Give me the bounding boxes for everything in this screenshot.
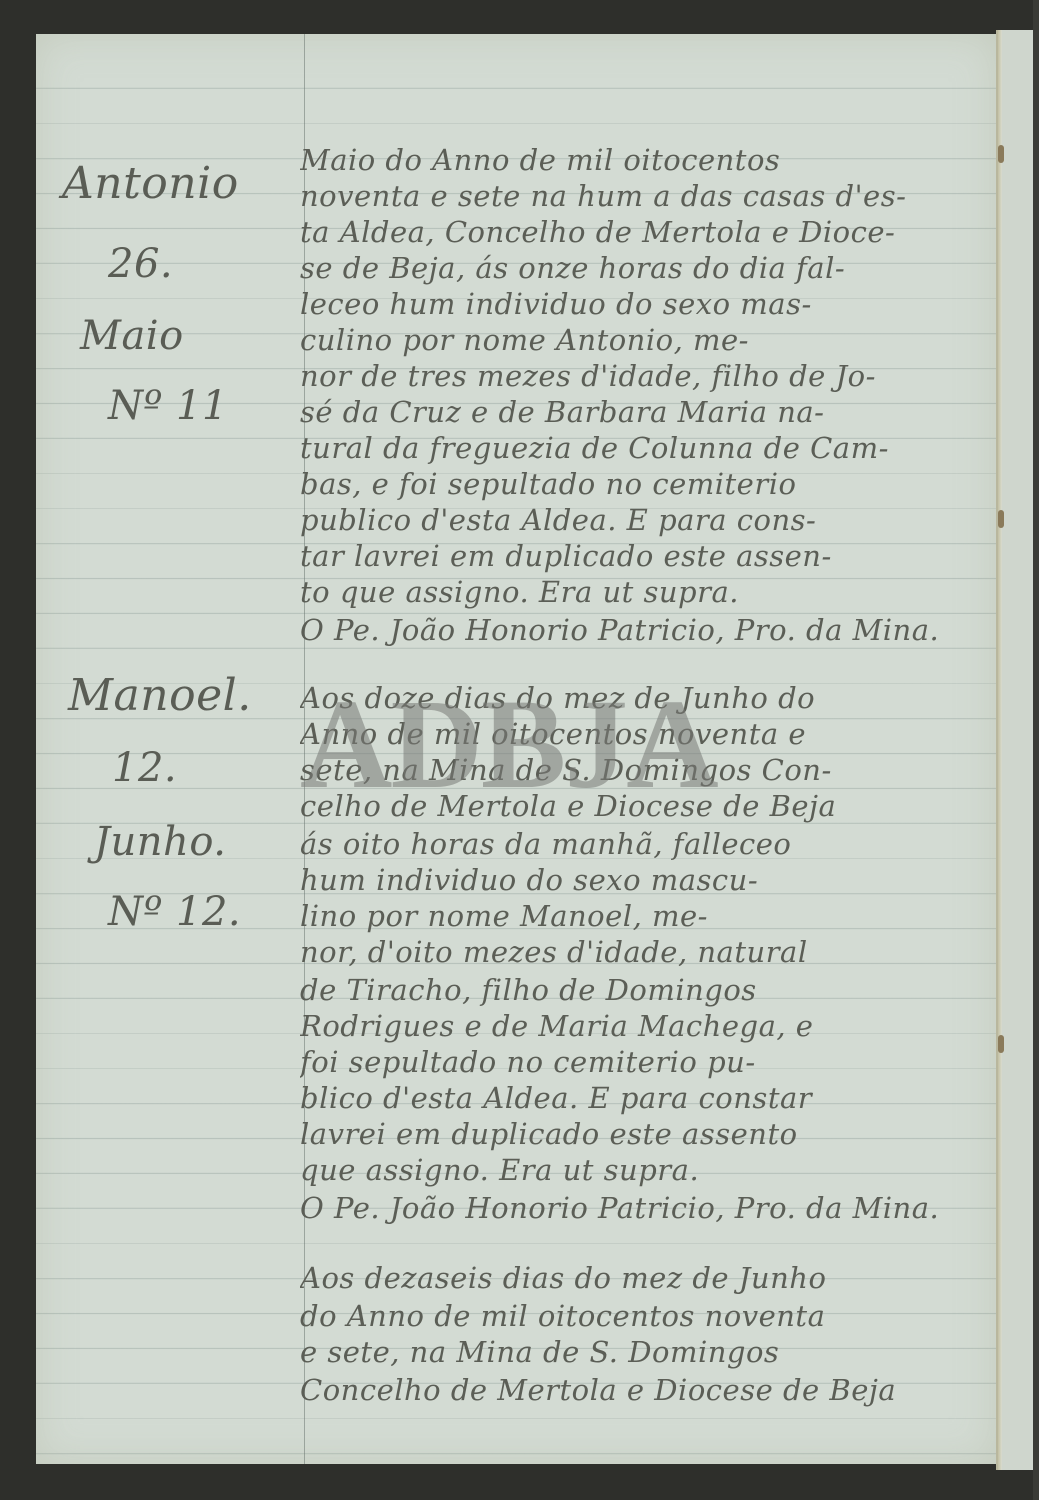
text-line: bas, e foi sepultado no cemiterio (300, 466, 990, 502)
priest-signature: O Pe. João Honorio Patricio, Pro. da Min… (300, 612, 990, 648)
text-line: blico d'esta Aldea. E para constar (300, 1080, 990, 1116)
text-line: sé da Cruz e de Barbara Maria na- (300, 394, 990, 430)
text-line: que assigno. Era ut supra. (300, 1152, 990, 1188)
text-line: tural da freguezia de Colunna de Cam- (300, 430, 990, 466)
text-line: lino por nome Manoel, me- (300, 898, 990, 934)
text-line: tar lavrei em duplicado este assen- (300, 538, 990, 574)
priest-signature: O Pe. João Honorio Patricio, Pro. da Min… (300, 1190, 990, 1226)
text-line: sete, na Mina de S. Domingos Con- (300, 752, 990, 788)
margin-name: Manoel. (68, 672, 252, 720)
margin-name: Antonio (62, 160, 239, 208)
text-line: Rodrigues e de Maria Machega, e (300, 1008, 990, 1044)
text-line: e sete, na Mina de S. Domingos (300, 1334, 990, 1370)
scan-right-edge (1033, 0, 1039, 1500)
text-line: ta Aldea, Concelho de Mertola e Dioce- (300, 214, 990, 250)
margin-day: 26. (108, 240, 173, 288)
text-line: Aos doze dias do mez de Junho do (300, 680, 990, 716)
text-line: celho de Mertola e Diocese de Beja (300, 788, 990, 824)
margin-month: Maio (80, 312, 184, 360)
margin-month: Junho. (94, 818, 226, 866)
text-line: se de Beja, ás onze horas do dia fal- (300, 250, 990, 286)
text-line: nor, d'oito mezes d'idade, natural (300, 934, 990, 970)
text-line: noventa e sete na hum a das casas d'es- (300, 178, 990, 214)
margin-day: 12. (112, 744, 177, 792)
text-line: lavrei em duplicado este assento (300, 1116, 990, 1152)
text-line: ás oito horas da manhã, falleceo (300, 826, 990, 862)
binding-hole (998, 145, 1004, 163)
text-line: publico d'esta Aldea. E para cons- (300, 502, 990, 538)
binding-hole (998, 1035, 1004, 1053)
text-line: de Tiracho, filho de Domingos (300, 972, 990, 1008)
text-line: culino por nome Antonio, me- (300, 322, 990, 358)
text-line: foi sepultado no cemiterio pu- (300, 1044, 990, 1080)
page-fold (998, 30, 1002, 1470)
text-line: Aos dezaseis dias do mez de Junho (300, 1260, 990, 1296)
margin-number: Nº 12. (108, 888, 241, 936)
text-line: do Anno de mil oitocentos noventa (300, 1298, 990, 1334)
text-line: Maio do Anno de mil oitocentos (300, 142, 990, 178)
text-line: Concelho de Mertola e Diocese de Beja (300, 1372, 990, 1408)
binding-hole (998, 510, 1004, 528)
margin-number: Nº 11 (108, 382, 228, 430)
text-line: to que assigno. Era ut supra. (300, 574, 990, 610)
text-line: Anno de mil oitocentos noventa e (300, 716, 990, 752)
text-line: nor de tres mezes d'idade, filho de Jo- (300, 358, 990, 394)
text-line: hum individuo do sexo mascu- (300, 862, 990, 898)
text-line: leceo hum individuo do sexo mas- (300, 286, 990, 322)
